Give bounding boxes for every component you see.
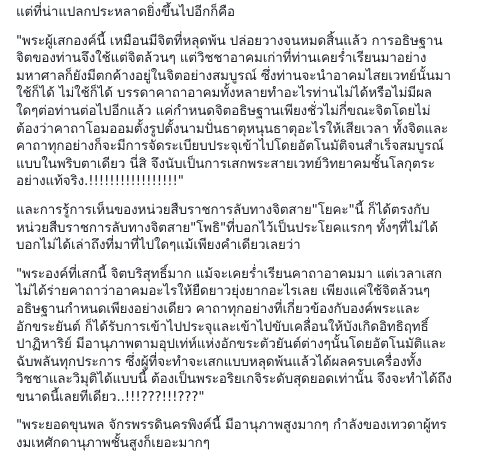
text-line: แต่ที่น่าแปลกประหลาดยิ่งขึ้นไปอีกก็คือ: [16, 4, 479, 22]
text-line: บอกไม่ได้เล่าถึงที่มาที่ไปใดๆแม้เพียงคำเ…: [16, 237, 479, 255]
text-line: ไม่ได้ร่ายคาถาว่าอาคมอะไรให้ยืดยาวยุ่งยา…: [16, 283, 479, 301]
text-line: แบบในพริบตาเดียว นี่สิ จึงนับเป็นการเสกพ…: [16, 156, 479, 174]
text-line: ขนาดนี้เลยทีเดียว..!!!???!!!???": [16, 389, 479, 407]
post-body: แต่ที่น่าแปลกประหลาดยิ่งขึ้นไปอีกก็คือ "…: [0, 0, 487, 453]
text-line: ปาฏิหาริย์ มีอานุภาพตามอุปเท่ห์แห่งอักขร…: [16, 336, 479, 354]
text-line: ต้องว่าคาถาโอมออมตั้งรูปตั้งนามปั่นธาตุห…: [16, 121, 479, 139]
paragraph-quote-pure-mind: "พระองค์ที่เสกนี้ จิตบริสุทธิ์มาก แม้จะเ…: [16, 266, 479, 407]
text-line: ใดๆต่อท่านต่อไปอีกแล้ว แค่กำหนดจิตอธิษฐา…: [16, 103, 479, 121]
text-line: ใช้ก็ได้ ไม่ใช้ก็ได้ บรรดาคาถาอาคมทั้งหล…: [16, 85, 479, 103]
paragraph-quote-amulet: "พระยอดขุนพล จักรพรรดินครพิงค์นี้ มีอานุ…: [16, 417, 479, 452]
text-line: ฉับพลันทุกประการ ซึ่งผู้ที่จะทำจะเสกแบบห…: [16, 354, 479, 372]
paragraph-yoga-unit: และการรู้การเห็นของหน่วยสืบราชการลับทางจ…: [16, 202, 479, 255]
text-line: "พระผู้เสกองค์นี้ เหมือนมีจิตที่หลุดพ้น …: [16, 33, 479, 51]
paragraph-quote-maker: "พระผู้เสกองค์นี้ เหมือนมีจิตที่หลุดพ้น …: [16, 33, 479, 191]
text-line: และการรู้การเห็นของหน่วยสืบราชการลับทางจ…: [16, 202, 479, 220]
text-line: อธิษฐานกำหนดเพียงอย่างเดียว คาถาทุกอย่าง…: [16, 301, 479, 319]
text-line: อย่างแท้จริง.!!!!!!!!!!!!!!!!!": [16, 173, 479, 191]
paragraph-intro: แต่ที่น่าแปลกประหลาดยิ่งขึ้นไปอีกก็คือ: [16, 4, 479, 22]
text-line: งมเหศักดานุภาพชั้นสูงก็เยอะมากๆ: [16, 435, 479, 453]
text-line: วิชชาและวิมุติได้แบบนี้ ต้องเป็นพระอริยเ…: [16, 371, 479, 389]
text-line: คาถาทุกอย่างก็จะมีการจัดระเบียบประจุเข้า…: [16, 138, 479, 156]
text-line: อักขระยันต์ ก็ได้รับการเข้าไปประจุและเข้…: [16, 319, 479, 337]
text-line: "พระองค์ที่เสกนี้ จิตบริสุทธิ์มาก แม้จะเ…: [16, 266, 479, 284]
text-line: จิตของท่านจึงใช้แต่จิตล้วนๆ แต่วิชชาอาคม…: [16, 50, 479, 68]
text-line: มหาศาลก็ยังมีตกค้างอยู่ในจิตอย่างสมบูรณ์…: [16, 68, 479, 86]
text-line: "พระยอดขุนพล จักรพรรดินครพิงค์นี้ มีอานุ…: [16, 417, 479, 435]
text-line: หน่วยสืบราชการลับทางจิตสาย"โพธิ"ที่บอกไว…: [16, 220, 479, 238]
